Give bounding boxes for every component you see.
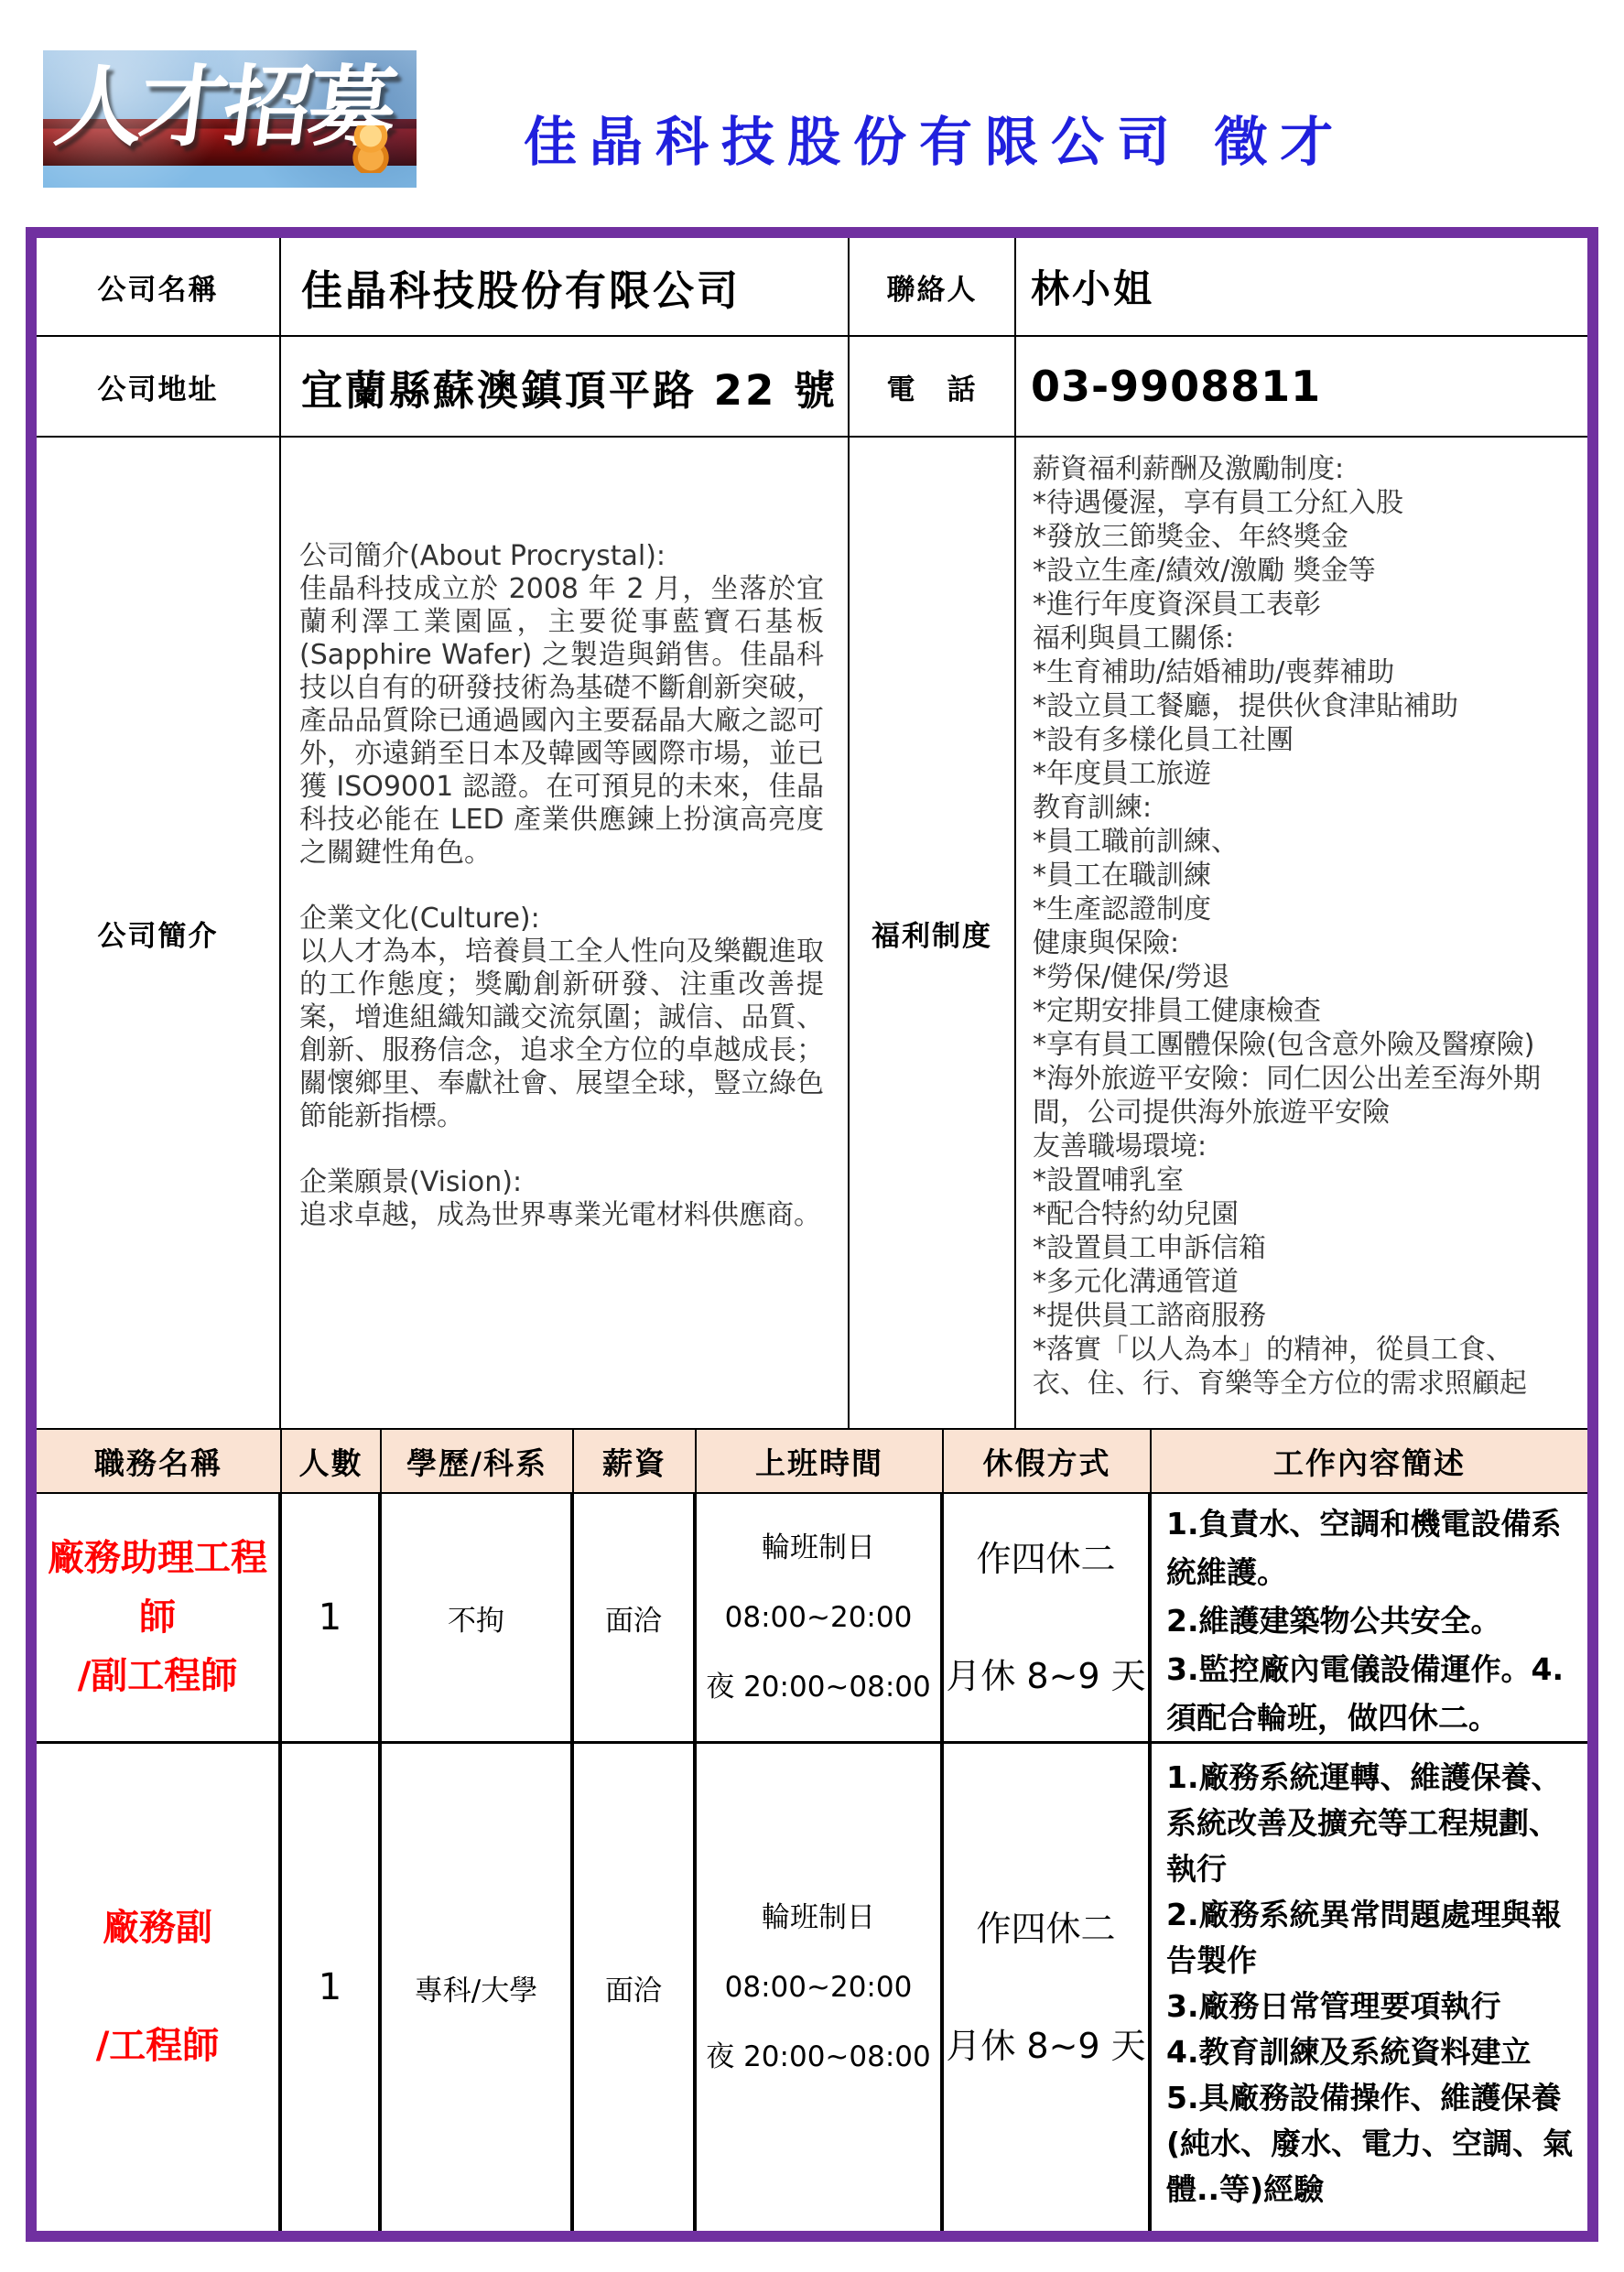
job-row-leave: 作四休二 月休 8~9 天 (944, 1494, 1152, 1744)
company-name-value: 佳晶科技股份有限公司 (281, 238, 850, 337)
job-row-salary: 面洽 (574, 1744, 697, 2231)
welfare-label: 福利制度 (850, 438, 1016, 1430)
address-value: 宜蘭縣蘇澳鎮頂平路 22 號 (281, 337, 850, 438)
job-row-headcount: 1 (282, 1744, 382, 2231)
job-row-title: 廠務助理工程師 /副工程師 (37, 1494, 282, 1744)
job-row-title: 廠務副 /工程師 (37, 1744, 282, 2231)
company-info-section: 公司名稱 佳晶科技股份有限公司 聯絡人 林小姐 公司地址 宜蘭縣蘇澳鎮頂平路 2… (37, 238, 1587, 1430)
job-header-education: 學歷/科系 (382, 1430, 574, 1494)
job-header-title: 職務名稱 (37, 1430, 282, 1494)
mascot-icon (352, 125, 389, 173)
banner-logo-text: 人才招募 (50, 63, 398, 151)
recruitment-flyer-page: 人才招募 佳晶科技股份有限公司 徵才 公司名稱 佳晶科技股份有限公司 聯絡人 林… (0, 0, 1624, 2272)
talent-recruit-banner: 人才招募 (43, 50, 417, 188)
phone-value: 03-9908811 (1016, 337, 1587, 438)
address-label: 公司地址 (37, 337, 281, 438)
phone-label: 電 話 (850, 337, 1016, 438)
job-row-schedule: 輪班制日 08:00~20:00 夜 20:00~08:00 (697, 1744, 944, 2231)
job-row-headcount: 1 (282, 1494, 382, 1744)
job-listings-section: 職務名稱 人數 學歷/科系 薪資 上班時間 休假方式 工作內容簡述 廠務助理工程… (37, 1430, 1587, 2231)
welfare-text: 薪資福利薪酬及激勵制度: *待遇優渥，享有員工分紅入股 *發放三節獎金、年終獎金… (1016, 438, 1587, 1430)
recruitment-table: 公司名稱 佳晶科技股份有限公司 聯絡人 林小姐 公司地址 宜蘭縣蘇澳鎮頂平路 2… (26, 227, 1598, 2242)
job-row-description: 1.負責水、空調和機電設備系統維護。 2.維護建築物公共安全。 3.監控廠內電儀… (1152, 1494, 1587, 1744)
job-row-education: 專科/大學 (382, 1744, 574, 2231)
job-header-leave: 休假方式 (944, 1430, 1152, 1494)
page-header: 人才招募 佳晶科技股份有限公司 徵才 (0, 0, 1624, 227)
job-header-salary: 薪資 (574, 1430, 697, 1494)
job-header-description: 工作內容簡述 (1152, 1430, 1587, 1494)
job-row-schedule: 輪班制日 08:00~20:00 夜 20:00~08:00 (697, 1494, 944, 1744)
job-header-schedule: 上班時間 (697, 1430, 944, 1494)
contact-label: 聯絡人 (850, 238, 1016, 337)
page-title: 佳晶科技股份有限公司 徵才 (524, 115, 1576, 168)
job-row-leave: 作四休二 月休 8~9 天 (944, 1744, 1152, 2231)
about-text: 公司簡介(About Procrystal): 佳晶科技成立於 2008 年 2… (281, 438, 850, 1430)
about-label: 公司簡介 (37, 438, 281, 1430)
job-row-description: 1.廠務系統運轉、維護保養、系統改善及擴充等工程規劃、執行 2.廠務系統異常問題… (1152, 1744, 1587, 2231)
job-row-education: 不拘 (382, 1494, 574, 1744)
contact-value: 林小姐 (1016, 238, 1587, 337)
job-header-headcount: 人數 (282, 1430, 382, 1494)
job-row-salary: 面洽 (574, 1494, 697, 1744)
company-name-label: 公司名稱 (37, 238, 281, 337)
